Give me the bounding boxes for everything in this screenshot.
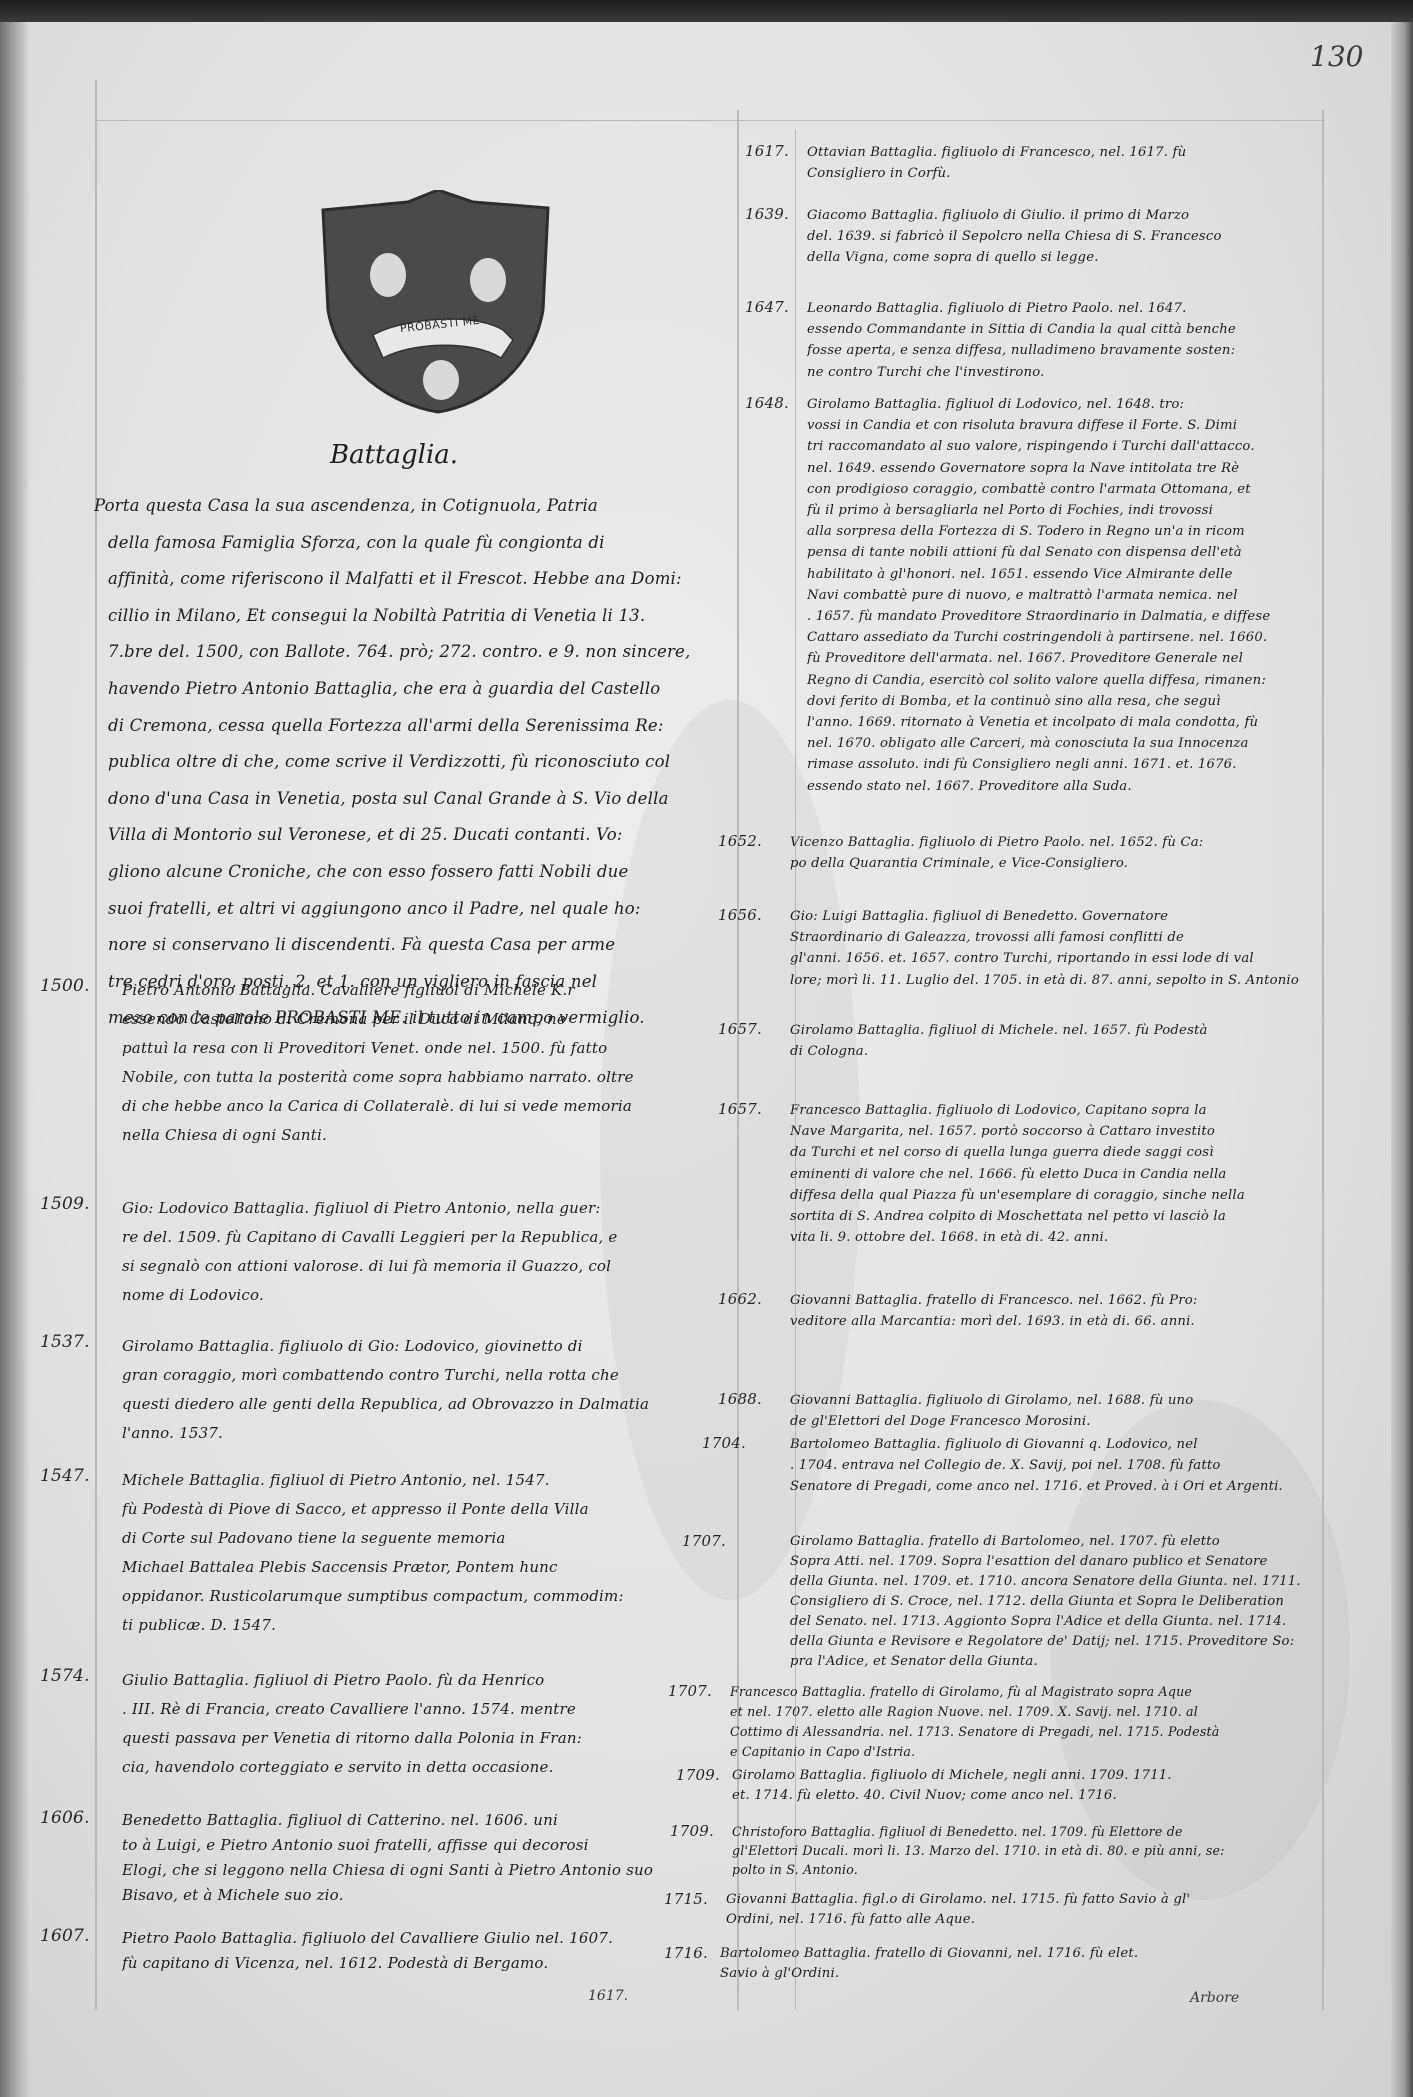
entry-text: Giovanni Battaglia. figliuolo di Girolam… [790, 1390, 1350, 1432]
entry-line: vita li. 9. ottobre del. 1668. in età di… [790, 1227, 1350, 1248]
entry-line: Giovanni Battaglia. fratello di Francesc… [790, 1290, 1350, 1311]
entry-line: Christoforo Battaglia. figliuol di Bened… [732, 1822, 1292, 1841]
entry-text: Christoforo Battaglia. figliuol di Bened… [732, 1822, 1292, 1879]
entry-line: Nobile, con tutta la posterità come sopr… [122, 1063, 722, 1092]
entry-line: di Cologna. [790, 1041, 1350, 1062]
entry-line: Girolamo Battaglia. figliuol di Lodovico… [807, 394, 1367, 415]
entry-line: alla sorpresa della Fortezza di S. Toder… [807, 521, 1367, 542]
entry-line: si segnalò con attioni valorose. di lui … [122, 1252, 722, 1281]
entry-line: della Giunta e Revisore e Regolatore de'… [790, 1632, 1350, 1652]
entry-year: 1715. [664, 1890, 708, 1908]
entry-line: di Corte sul Padovano tiene la seguente … [122, 1524, 722, 1553]
coat-of-arms-shield-icon [313, 190, 563, 415]
entry-year: 1652. [718, 832, 762, 850]
entry-line: essendo Commandante in Sittia di Candia … [807, 319, 1367, 340]
entry-text: Francesco Battaglia. fratello di Girolam… [730, 1682, 1290, 1762]
entry-text: Leonardo Battaglia. figliuolo di Pietro … [807, 298, 1367, 383]
entry-line: oppidanor. Rusticolarumque sumptibus com… [122, 1582, 722, 1611]
entry-line: con prodigioso coraggio, combattè contro… [807, 479, 1367, 500]
entry-line: ti publicæ. D. 1547. [122, 1611, 722, 1640]
entry-line: lore; morì li. 11. Luglio del. 1705. in … [790, 970, 1350, 991]
entry-year: 1574. [40, 1666, 90, 1686]
entry-year: 1709. [670, 1822, 714, 1840]
entry-line: Gio: Luigi Battaglia. figliuol di Benede… [790, 906, 1350, 927]
family-title: Battaglia. [330, 440, 458, 470]
entry-line: Benedetto Battaglia. figliuol di Catteri… [122, 1808, 722, 1833]
entry-text: Pietro Paolo Battaglia. figliuolo del Ca… [122, 1926, 722, 1976]
folio-number: 130 [1310, 40, 1363, 73]
entry-line: eminenti di valore che nel. 1666. fù ele… [790, 1164, 1350, 1185]
entry-year: 1688. [718, 1390, 762, 1408]
entry-line: Sopra Atti. nel. 1709. Sopra l'esattion … [790, 1552, 1350, 1572]
entry-line: nel. 1670. obligato alle Carceri, mà con… [807, 733, 1367, 754]
entry-line: Girolamo Battaglia. figliuolo di Gio: Lo… [122, 1332, 722, 1361]
entry-line: nome di Lodovico. [122, 1281, 722, 1310]
entry-line: vossi in Candia et con risoluta bravura … [807, 415, 1367, 436]
entry-line: Francesco Battaglia. fratello di Girolam… [730, 1682, 1290, 1702]
intro-line: 7.bre del. 1500, con Ballote. 764. prò; … [108, 634, 708, 671]
entry-line: rimase assoluto. indi fù Consigliero neg… [807, 754, 1367, 775]
intro-line: suoi fratelli, et altri vi aggiungono an… [108, 891, 708, 928]
top-rule [95, 120, 1325, 121]
intro-line: della famosa Famiglia Sforza, con la qua… [108, 525, 708, 562]
entry-year: 1648. [745, 394, 789, 412]
entry-line: Senatore di Pregadi, come anco nel. 1716… [790, 1476, 1350, 1497]
entry-line: Regno di Candia, esercitò col solito val… [807, 670, 1367, 691]
entry-text: Francesco Battaglia. figliuolo di Lodovi… [790, 1100, 1350, 1248]
intro-line: Villa di Montorio sul Veronese, et di 25… [108, 817, 708, 854]
entry-line: essendo Castellano di Cremona per il Duc… [122, 1005, 722, 1034]
entry-year: 1657. [718, 1020, 762, 1038]
entry-line: to à Luigi, e Pietro Antonio suoi fratel… [122, 1833, 722, 1858]
entry-line: Elogi, che si leggono nella Chiesa di og… [122, 1858, 722, 1883]
entry-line: pra l'Adice, et Senator della Giunta. [790, 1652, 1350, 1672]
entry-line: essendo stato nel. 1667. Proveditore all… [807, 776, 1367, 797]
entry-line: Ottavian Battaglia. figliuolo di Frances… [807, 142, 1367, 163]
entry-line: nel. 1649. essendo Governatore sopra la … [807, 458, 1367, 479]
entry-year: 1656. [718, 906, 762, 924]
entry-line: fù Podestà di Piove di Sacco, et appress… [122, 1495, 722, 1524]
entry-text: Giacomo Battaglia. figliuolo di Giulio. … [807, 205, 1367, 269]
scan-top-border [0, 0, 1413, 22]
intro-line: nore si conservano li discendenti. Fà qu… [108, 927, 708, 964]
intro-line: dono d'una Casa in Venetia, posta sul Ca… [108, 781, 708, 818]
entry-line: fù Proveditore dell'armata. nel. 1667. P… [807, 648, 1367, 669]
entry-line: Consigliero di S. Croce, nel. 1712. dell… [790, 1592, 1350, 1612]
entry-line: Pietro Antonio Battaglia. Cavalliere fig… [122, 976, 722, 1005]
entry-text: Girolamo Battaglia. figliuolo di Gio: Lo… [122, 1332, 722, 1448]
entry-line: Consigliero in Corfù. [807, 163, 1367, 184]
entry-line: . III. Rè di Francia, creato Cavalliere … [122, 1695, 722, 1724]
entry-line: questi passava per Venetia di ritorno da… [122, 1724, 722, 1753]
entry-line: Gio: Lodovico Battaglia. figliuol di Pie… [122, 1194, 722, 1223]
entry-line: diffesa della qual Piazza fù un'esemplar… [790, 1185, 1350, 1206]
catchword-right: Arbore [1190, 1990, 1239, 2006]
entry-line: l'anno. 1669. ritornato à Venetia et inc… [807, 712, 1367, 733]
entry-line: della Giunta. nel. 1709. et. 1710. ancor… [790, 1572, 1350, 1592]
entry-line: pattuì la resa con li Proveditori Venet.… [122, 1034, 722, 1063]
entry-year: 1709. [676, 1766, 720, 1784]
entry-text: Giulio Battaglia. figliuol di Pietro Pao… [122, 1666, 722, 1782]
entry-line: gran coraggio, morì combattendo contro T… [122, 1361, 722, 1390]
intro-line: gliono alcune Croniche, che con esso fos… [108, 854, 708, 891]
entry-line: Cattaro assediato da Turchi costringendo… [807, 627, 1367, 648]
entry-line: da Turchi et nel corso di quella lunga g… [790, 1142, 1350, 1163]
entry-line: Navi combattè pure di nuovo, e maltrattò… [807, 585, 1367, 606]
entry-line: et. 1714. fù eletto. 40. Civil Nuov; com… [732, 1786, 1292, 1806]
entry-year: 1607. [40, 1926, 90, 1946]
entry-text: Ottavian Battaglia. figliuolo di Frances… [807, 142, 1367, 184]
entry-line: del Senato. nel. 1713. Aggionto Sopra l'… [790, 1612, 1350, 1632]
entry-line: Bisavo, et à Michele suo zio. [122, 1883, 722, 1908]
entry-text: Girolamo Battaglia. figliuolo di Michele… [732, 1766, 1292, 1806]
entry-line: Straordinario di Galeazza, trovossi alli… [790, 927, 1350, 948]
entry-line: . 1704. entrava nel Collegio de. X. Savi… [790, 1455, 1350, 1476]
entry-line: veditore alla Marcantia: morì del. 1693.… [790, 1311, 1350, 1332]
entry-line: . 1657. fù mandato Proveditore Straordin… [807, 606, 1367, 627]
entry-line: re del. 1509. fù Capitano di Cavalli Leg… [122, 1223, 722, 1252]
entry-year: 1606. [40, 1808, 90, 1828]
entry-text: Pietro Antonio Battaglia. Cavalliere fig… [122, 976, 722, 1150]
entry-year: 1617. [745, 142, 789, 160]
entry-year: 1707. [682, 1532, 726, 1550]
entry-year: 1716. [664, 1944, 708, 1962]
entry-line: Giovanni Battaglia. figl.o di Girolamo. … [726, 1890, 1286, 1910]
page-binding-shadow [0, 0, 30, 2097]
entry-line: Francesco Battaglia. figliuolo di Lodovi… [790, 1100, 1350, 1121]
entry-line: Giulio Battaglia. figliuol di Pietro Pao… [122, 1666, 722, 1695]
entry-text: Michele Battaglia. figliuol di Pietro An… [122, 1466, 722, 1640]
entry-line: fosse aperta, e senza diffesa, nulladime… [807, 340, 1367, 361]
entry-line: nella Chiesa di ogni Santi. [122, 1121, 722, 1150]
entry-line: Michael Battalea Plebis Saccensis Prætor… [122, 1553, 722, 1582]
entry-year: 1509. [40, 1194, 90, 1214]
entry-text: Girolamo Battaglia. fratello di Bartolom… [790, 1532, 1350, 1672]
entry-line: tri raccomandato al suo valore, rispinge… [807, 436, 1367, 457]
entry-year: 1639. [745, 205, 789, 223]
intro-line: cillio in Milano, Et consegui la Nobiltà… [108, 598, 708, 635]
entry-year: 1704. [702, 1434, 746, 1452]
entry-text: Bartolomeo Battaglia. fratello di Giovan… [720, 1944, 1280, 1984]
entry-text: Giovanni Battaglia. figl.o di Girolamo. … [726, 1890, 1286, 1930]
catchword-left: 1617. [588, 1988, 628, 2004]
entry-line: sortita di S. Andrea colpito di Moschett… [790, 1206, 1350, 1227]
entry-year: 1662. [718, 1290, 762, 1308]
entry-line: del. 1639. si fabricò il Sepolcro nella … [807, 226, 1367, 247]
entry-line: de gl'Elettori del Doge Francesco Morosi… [790, 1411, 1350, 1432]
entry-text: Gio: Luigi Battaglia. figliuol di Benede… [790, 906, 1350, 991]
entry-text: Benedetto Battaglia. figliuol di Catteri… [122, 1808, 722, 1908]
entry-line: cia, havendolo corteggiato e servito in … [122, 1753, 722, 1782]
entry-line: Girolamo Battaglia. fratello di Bartolom… [790, 1532, 1350, 1552]
entry-line: Girolamo Battaglia. figliuolo di Michele… [732, 1766, 1292, 1786]
entry-line: Cottimo di Alessandria. nel. 1713. Senat… [730, 1722, 1290, 1742]
page-edge-shadow [1391, 0, 1413, 2097]
entry-line: et nel. 1707. eletto alle Ragion Nuove. … [730, 1702, 1290, 1722]
entry-text: Bartolomeo Battaglia. figliuolo di Giova… [790, 1434, 1350, 1498]
entry-year: 1647. [745, 298, 789, 316]
entry-line: dovi ferito di Bomba, et la continuò sin… [807, 691, 1367, 712]
entry-line: polto in S. Antonio. [732, 1860, 1292, 1879]
entry-line: Bartolomeo Battaglia. figliuolo di Giova… [790, 1434, 1350, 1455]
entry-text: Giovanni Battaglia. fratello di Francesc… [790, 1290, 1350, 1332]
entry-line: della Vigna, come sopra di quello si leg… [807, 247, 1367, 268]
left-margin-rule [95, 80, 97, 2010]
entry-line: Savio à gl'Ordini. [720, 1964, 1280, 1984]
entry-line: gl'Elettori Ducali. morì li. 13. Marzo d… [732, 1841, 1292, 1860]
entry-line: Vicenzo Battaglia. figliuolo di Pietro P… [790, 832, 1350, 853]
entry-text: Girolamo Battaglia. figliuol di Michele.… [790, 1020, 1350, 1062]
entry-line: Giacomo Battaglia. figliuolo di Giulio. … [807, 205, 1367, 226]
entry-year: 1500. [40, 976, 90, 996]
entry-text: Gio: Lodovico Battaglia. figliuol di Pie… [122, 1194, 722, 1310]
entry-text: Vicenzo Battaglia. figliuolo di Pietro P… [790, 832, 1350, 874]
entry-line: Girolamo Battaglia. figliuol di Michele.… [790, 1020, 1350, 1041]
entry-text: Girolamo Battaglia. figliuol di Lodovico… [807, 394, 1367, 797]
entry-line: ne contro Turchi che l'investirono. [807, 362, 1367, 383]
entry-line: Nave Margarita, nel. 1657. portò soccors… [790, 1121, 1350, 1142]
intro-line: di Cremona, cessa quella Fortezza all'ar… [108, 708, 708, 745]
entry-line: Leonardo Battaglia. figliuolo di Pietro … [807, 298, 1367, 319]
intro-line: publica oltre di che, come scrive il Ver… [108, 744, 708, 781]
entry-line: pensa di tante nobili attioni fù dal Sen… [807, 542, 1367, 563]
entry-line: l'anno. 1537. [122, 1419, 722, 1448]
intro-line: havendo Pietro Antonio Battaglia, che er… [108, 671, 708, 708]
intro-line: affinità, come riferiscono il Malfatti e… [108, 561, 708, 598]
entry-year: 1537. [40, 1332, 90, 1352]
entry-year: 1547. [40, 1466, 90, 1486]
family-introduction: Porta questa Casa la sua ascendenza, in … [108, 488, 708, 1037]
entry-year: 1707. [668, 1682, 712, 1700]
entry-line: po della Quarantia Criminale, e Vice-Con… [790, 853, 1350, 874]
entry-line: fù capitano di Vicenza, nel. 1612. Podes… [122, 1951, 722, 1976]
entry-line: di che hebbe anco la Carica di Collatera… [122, 1092, 722, 1121]
entry-year: 1657. [718, 1100, 762, 1118]
entry-line: habilitato à gl'honori. nel. 1651. essen… [807, 564, 1367, 585]
entry-line: e Capitanio in Capo d'Istria. [730, 1742, 1290, 1762]
entry-line: fù il primo à bersagliarla nel Porto di … [807, 500, 1367, 521]
entry-line: Bartolomeo Battaglia. fratello di Giovan… [720, 1944, 1280, 1964]
entry-line: Giovanni Battaglia. figliuolo di Girolam… [790, 1390, 1350, 1411]
entry-line: questi diedero alle genti della Republic… [122, 1390, 722, 1419]
manuscript-page: 130 PROBASTI ME Battaglia. Porta questa … [0, 0, 1413, 2097]
entry-line: Michele Battaglia. figliuol di Pietro An… [122, 1466, 722, 1495]
entry-line: Ordini, nel. 1716. fù fatto alle Aque. [726, 1910, 1286, 1930]
entry-line: Pietro Paolo Battaglia. figliuolo del Ca… [122, 1926, 722, 1951]
intro-line: Porta questa Casa la sua ascendenza, in … [94, 488, 708, 525]
entry-line: gl'anni. 1656. et. 1657. contro Turchi, … [790, 948, 1350, 969]
